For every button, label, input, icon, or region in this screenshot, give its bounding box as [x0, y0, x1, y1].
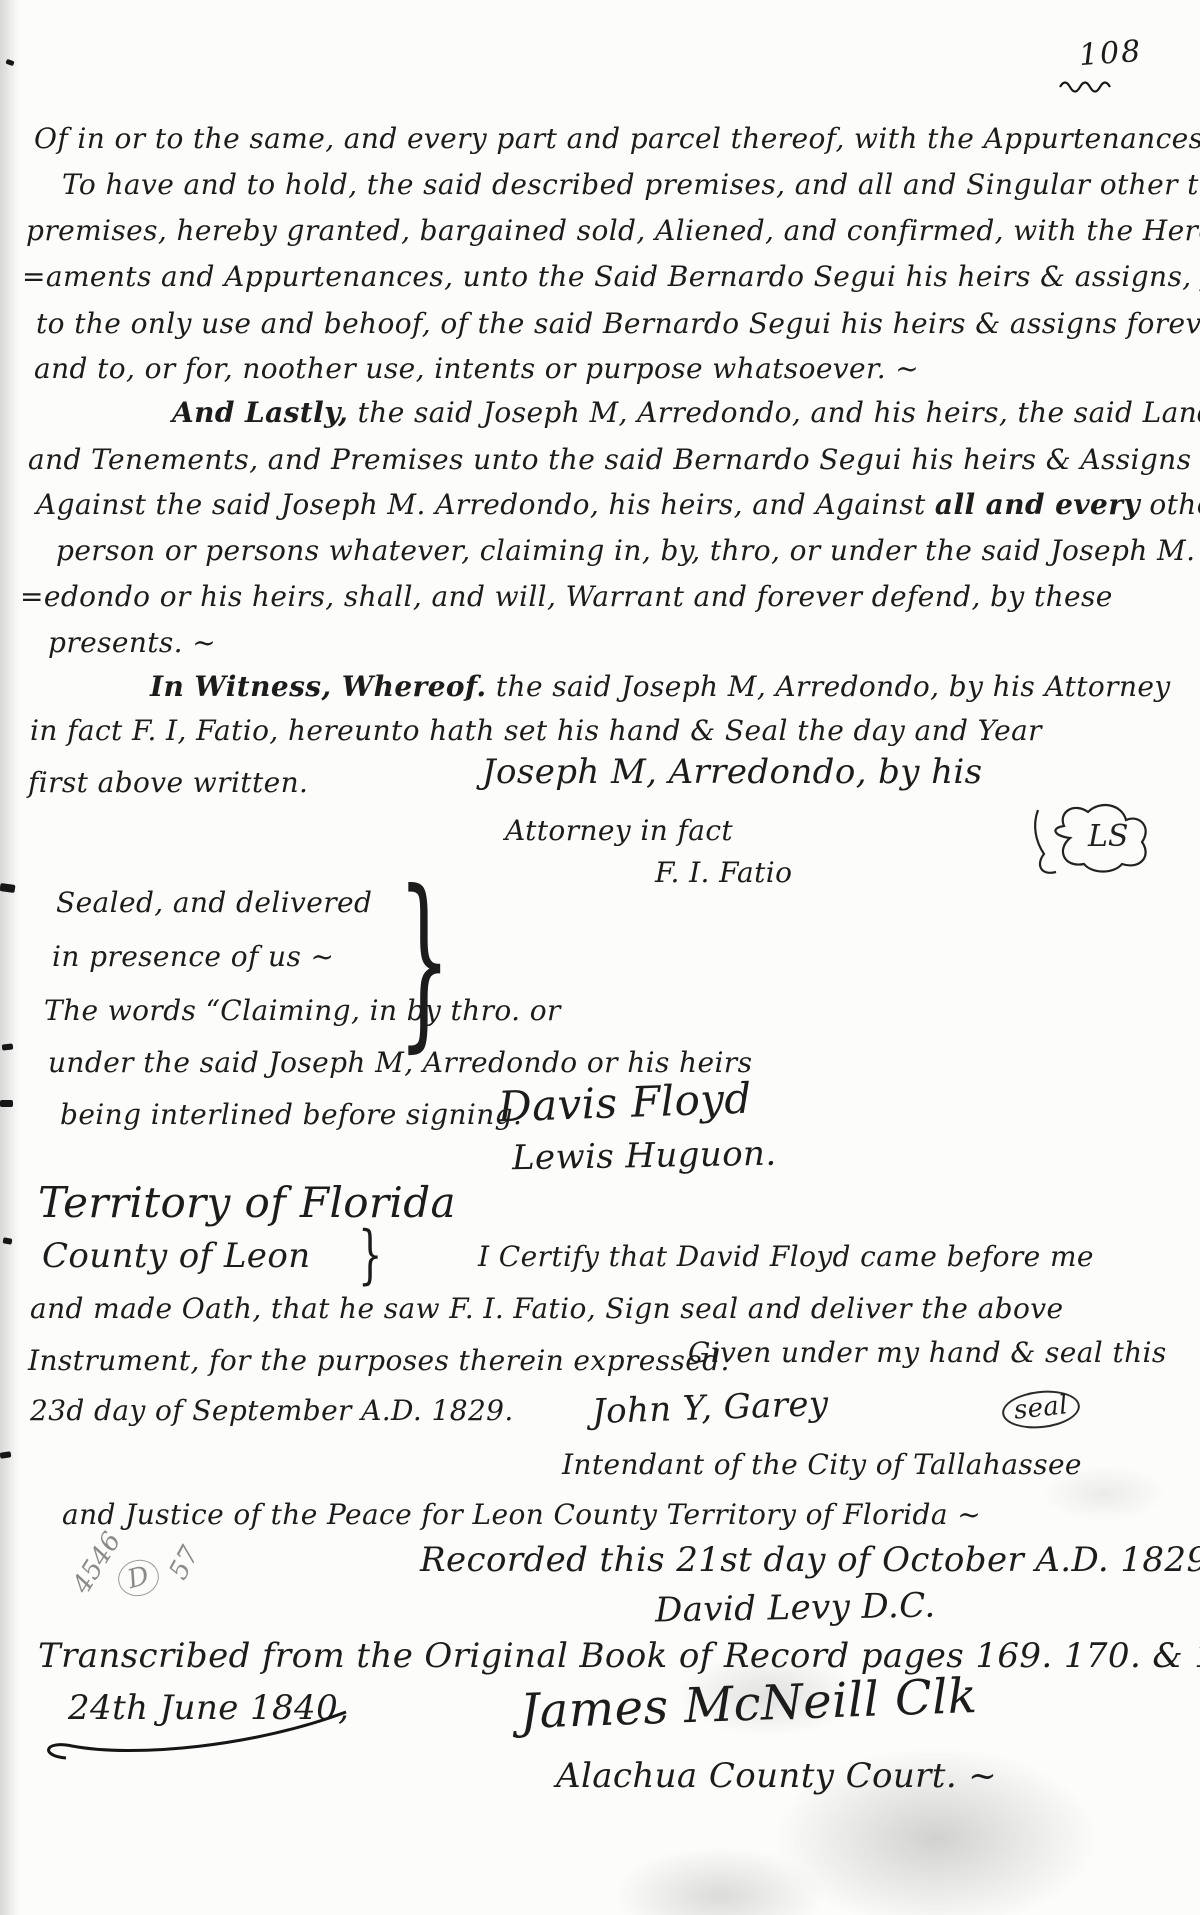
page-number: 108 [1078, 34, 1144, 73]
scan-edge-mark [0, 1451, 11, 1458]
scan-edge-mark [3, 1237, 13, 1244]
attestation-line-5: being interlined before signing. [60, 1098, 522, 1132]
seal-icon: LS [1030, 780, 1160, 885]
scan-edge-mark [2, 1043, 14, 1050]
deed-line-7-emphasis: And Lastly, [172, 396, 348, 429]
county-clerk-signature: James McNeill Clk [519, 1668, 978, 1742]
officer-title-1: Intendant of the City of Tallahassee [562, 1448, 1082, 1482]
officer-seal-word: seal [1000, 1387, 1082, 1432]
witness-signature-2: Lewis Huguon. [512, 1134, 777, 1179]
deed-line-5: to the only use and behoof, of the said … [36, 307, 1200, 341]
deed-line-10: person or persons whatever, claiming in,… [56, 534, 1200, 568]
recording-line: Recorded this 21st day of October A.D. 1… [420, 1540, 1200, 1581]
scan-edge-mark [0, 1100, 13, 1107]
deed-line-8: and Tenements, and Premises unto the sai… [28, 443, 1191, 477]
officer-seal: seal [1002, 1390, 1080, 1428]
signature-capacity: Attorney in fact [505, 814, 733, 848]
certificate-line-4: 23d day of September A.D. 1829. [30, 1394, 514, 1428]
deed-line-9-text-end: other [1140, 488, 1200, 521]
attestation-brace-icon: } [398, 852, 450, 1070]
attorney-signature: F. I. Fatio [655, 856, 792, 890]
attestation-line-3: The words “Claiming, in by thro. or [44, 994, 561, 1028]
officer-title-2: and Justice of the Peace for Leon County… [62, 1498, 981, 1532]
deed-line-9-text: Against the said Joseph M. Arredondo, hi… [36, 488, 935, 521]
deed-line-13-text: the said Joseph M, Arredondo, by his Att… [487, 670, 1171, 703]
pencil-note-circled: D [114, 1555, 163, 1600]
deed-line-13: In Witness, Whereof. the said Joseph M, … [150, 670, 1171, 704]
territory-heading: Territory of Florida [38, 1178, 456, 1228]
officer-signature: John Y, Garey [591, 1384, 829, 1433]
deed-line-15: first above written. [28, 766, 308, 800]
pencil-note-number-2: 57 [164, 1541, 206, 1584]
county-heading: County of Leon [42, 1236, 311, 1277]
deed-line-3: premises, hereby granted, bargained sold… [26, 214, 1200, 248]
attestation-line-2: in presence of us ~ [52, 940, 334, 974]
grantor-signature: Joseph M, Arredondo, by his [482, 752, 983, 793]
seal-initials: LS [1087, 819, 1128, 854]
deed-line-7: And Lastly, the said Joseph M, Arredondo… [172, 396, 1200, 430]
certificate-line-3b: Given under my hand & seal this [688, 1336, 1167, 1370]
court-name: Alachua County Court. ~ [556, 1756, 997, 1797]
deed-line-1: Of in or to the same, and every part and… [34, 122, 1200, 156]
attestation-line-1: Sealed, and delivered [56, 886, 372, 920]
scan-edge-mark [0, 883, 15, 893]
recording-clerk-signature: David Levy D.C. [655, 1586, 936, 1632]
date-flourish-icon [36, 1706, 366, 1766]
certificate-line-2: and made Oath, that he saw F. I. Fatio, … [30, 1292, 1063, 1326]
certificate-line-3: Instrument, for the purposes therein exp… [28, 1344, 730, 1378]
deed-line-2: To have and to hold, the said described … [62, 168, 1200, 202]
deed-line-13-emphasis: In Witness, Whereof. [150, 670, 487, 703]
deed-line-9-emphasis: all and every [935, 488, 1140, 521]
pencil-circled-letter: D [114, 1555, 163, 1600]
deed-line-7-text: the said Joseph M, Arredondo, and his he… [348, 396, 1200, 429]
scanned-document-page: 108 Of in or to the same, and every part… [0, 0, 1200, 1915]
certificate-line-1: I Certify that David Floyd came before m… [478, 1240, 1094, 1274]
page-number-underline-icon [1058, 78, 1130, 94]
deed-line-12: presents. ~ [48, 626, 216, 660]
deed-line-14: in fact F. I, Fatio, hereunto hath set h… [30, 714, 1042, 748]
scan-edge-mark [5, 59, 14, 66]
witness-signature-1: Davis Floyd [497, 1074, 752, 1133]
deed-line-4: =aments and Appurtenances, unto the Said… [22, 260, 1200, 294]
transcription-note: Transcribed from the Original Book of Re… [38, 1636, 1200, 1677]
county-brace-icon: } [358, 1218, 382, 1292]
deed-line-4-text: =aments and Appurtenances, unto the Said… [22, 260, 1192, 293]
deed-line-9: Against the said Joseph M. Arredondo, hi… [36, 488, 1200, 522]
deed-line-6: and to, or for, noother use, intents or … [34, 352, 919, 386]
deed-line-11: =edondo or his heirs, shall, and will, W… [20, 580, 1113, 614]
pencil-note-number: 4546 [67, 1527, 128, 1599]
